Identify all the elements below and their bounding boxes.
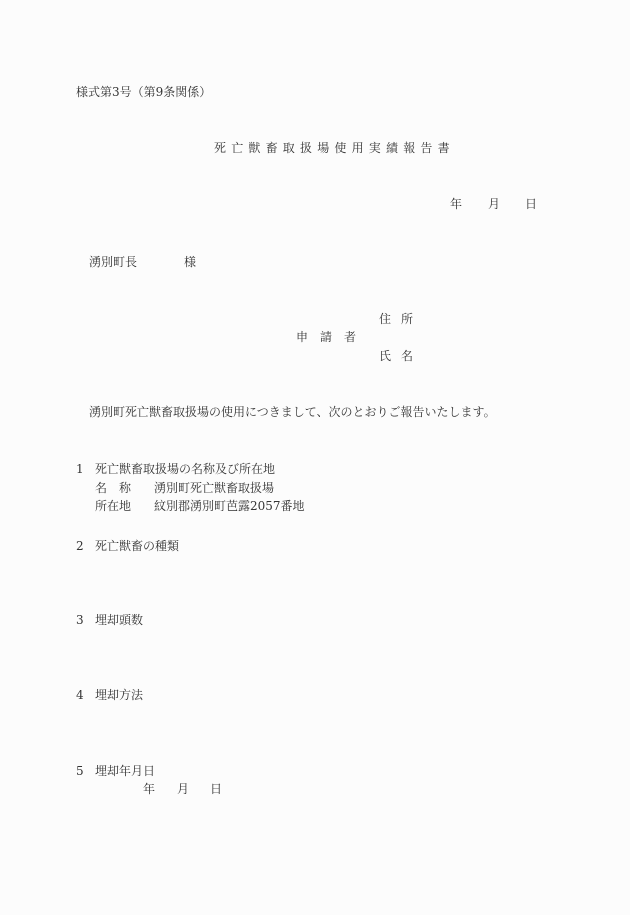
section-number: 1 [76, 463, 95, 475]
document-title: 死亡獣畜取扱場使用実績報告書 [214, 142, 455, 154]
section-number: 2 [76, 540, 95, 552]
section-title: 埋却頭数 [95, 613, 143, 627]
section-3-heading: 3埋却頭数 [76, 614, 143, 626]
applicant-label: 申請者 [296, 331, 368, 343]
section-5-heading: 5埋却年月日 [76, 765, 155, 777]
facility-location-label: 所在地 [95, 500, 154, 512]
facility-name-label: 名称 [95, 482, 154, 494]
section-number: 5 [76, 765, 95, 777]
facility-name-value: 湧別町死亡獣畜取扱場 [154, 481, 274, 495]
intro-text: 湧別町死亡獣畜取扱場の使用につきまして、次のとおりご報告いたします。 [89, 406, 496, 418]
date-month-label: 月 [488, 198, 525, 210]
report-date: 年月日 [450, 198, 537, 210]
section-1-heading: 1死亡獣畜取扱場の名称及び所在地 [76, 463, 275, 475]
addressee-honorific: 様 [184, 256, 196, 268]
addressee: 湧別町長様 [89, 256, 196, 268]
section-title: 死亡獣畜取扱場の名称及び所在地 [95, 462, 275, 476]
section-title: 埋却方法 [95, 688, 143, 702]
burial-date: 年月日 [143, 783, 222, 795]
facility-location-row: 所在地紋別郡湧別町芭露2057番地 [95, 500, 305, 512]
form-number: 様式第3号（第9条関係） [76, 86, 211, 98]
section-number: 4 [76, 689, 95, 701]
burial-day-label: 日 [210, 783, 222, 795]
date-year-label: 年 [450, 198, 488, 210]
date-day-label: 日 [525, 198, 537, 210]
applicant-name-label: 氏名 [379, 350, 423, 362]
section-title: 埋却年月日 [95, 764, 155, 778]
applicant-address-label: 住所 [379, 313, 423, 325]
section-2-heading: 2死亡獣畜の種類 [76, 540, 179, 552]
section-number: 3 [76, 614, 95, 626]
section-4-heading: 4埋却方法 [76, 689, 143, 701]
burial-month-label: 月 [177, 783, 210, 795]
document-page: 様式第3号（第9条関係） 死亡獣畜取扱場使用実績報告書 年月日 湧別町長様 住所… [0, 0, 630, 915]
addressee-name: 湧別町長 [89, 255, 137, 269]
facility-location-value: 紋別郡湧別町芭露2057番地 [154, 499, 305, 513]
section-title: 死亡獣畜の種類 [95, 539, 179, 553]
facility-name-row: 名称湧別町死亡獣畜取扱場 [95, 482, 274, 494]
burial-year-label: 年 [143, 783, 177, 795]
